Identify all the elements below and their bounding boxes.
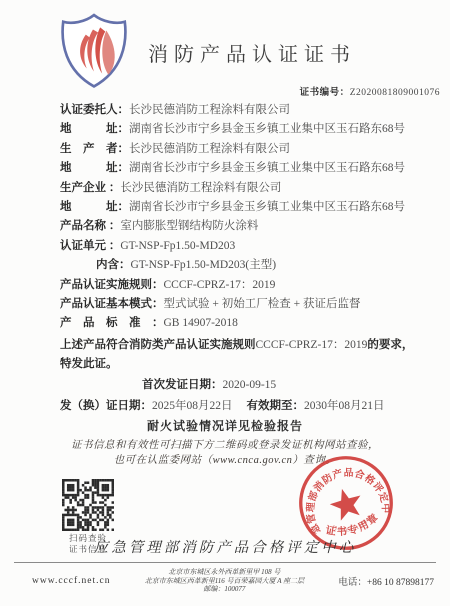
field-label: 认证单元 ：	[60, 240, 120, 252]
field-label: 生 产 者：	[60, 143, 129, 155]
field-row-applicant: 认证委托人：长沙民德消防工程涂料有限公司	[60, 101, 436, 120]
first-issue-label: 首次发证日期：	[142, 379, 223, 391]
issuer-name: 应急管理部消防产品合格评定中心	[0, 536, 450, 557]
field-value: 长沙民德消防工程涂料有限公司	[129, 143, 290, 155]
field-row-producer: 生 产 者：长沙民德消防工程涂料有限公司	[60, 140, 436, 159]
field-row-product-standard: 产 品 标 准 ：GB 14907-2018	[60, 314, 436, 333]
footer-postcode: 邮编：100077	[145, 585, 304, 594]
valid-until-value: 2030年08月21日	[304, 400, 385, 412]
shield-flame-icon	[58, 12, 130, 90]
conformity-statement: 上述产品符合消防类产品认证实施规则CCCF-CPRZ-17：2019的要求，特发…	[60, 336, 420, 374]
footer-website: www.cccf.net.cn	[14, 576, 110, 586]
field-label: 生产企业 ：	[60, 182, 120, 194]
field-label: 地 址：	[60, 201, 129, 213]
field-value: 湖南省长沙市宁乡县金玉乡镇工业集中区玉石路东68号	[129, 201, 405, 213]
field-row-address: 地 址：湖南省长沙市宁乡县金玉乡镇工业集中区玉石路东68号	[60, 198, 436, 217]
valid-until-label: 有效期至：	[247, 400, 305, 412]
field-row-cert-unit: 认证单元 ：GT-NSP-Fp1.50-MD203	[60, 237, 436, 256]
field-label: 地 址：	[60, 162, 129, 174]
field-label: 产 品 标 准 ：	[60, 317, 164, 329]
field-value: GT-NSP-Fp1.50-MD203	[120, 240, 235, 252]
seal-star-icon	[327, 484, 366, 522]
field-row-included-model: 内含：GT-NSP-Fp1.50-MD203(主型)	[60, 256, 436, 275]
field-value: 湖南省长沙市宁乡县金玉乡镇工业集中区玉石路东68号	[129, 123, 405, 135]
field-label: 内含：	[96, 259, 131, 271]
field-row-address: 地 址：湖南省长沙市宁乡县金玉乡镇工业集中区玉石路东68号	[60, 159, 436, 178]
footer-address-line2: 北京市东城区西革新里116 号百荣嘉园大厦 A 座二层	[145, 577, 304, 586]
qr-code	[62, 479, 114, 531]
field-value: GT-NSP-Fp1.50-MD203(主型)	[131, 259, 277, 271]
field-value: 型式试验 + 初始工厂检查 + 获证后监督	[164, 298, 361, 310]
footer-address: 北京市东城区永外西革新里甲 108 号 北京市东城区西革新里116 号百荣嘉园大…	[145, 568, 304, 594]
field-label: 认证委托人：	[60, 104, 129, 116]
field-value: 湖南省长沙市宁乡县金玉乡镇工业集中区玉石路东68号	[129, 162, 405, 174]
reissue-label: 发（换）证日期：	[60, 400, 152, 412]
first-issue-date-row: 首次发证日期：2020-09-15	[142, 376, 276, 392]
first-issue-value: 2020-09-15	[223, 379, 277, 391]
field-value: GB 14907-2018	[164, 317, 238, 329]
certificate-page: 消防产品认证证书 证书编号：Z2020081809001076 认证委托人：长沙…	[0, 0, 450, 606]
field-row-cert-rule: 产品认证实施规则：CCCF-CPRZ-17：2019	[60, 276, 436, 295]
field-value: 长沙民德消防工程涂料有限公司	[120, 182, 281, 194]
certificate-number: 证书编号：Z2020081809001076	[300, 84, 440, 98]
certificate-number-label: 证书编号：	[300, 88, 350, 98]
field-value: 长沙民德消防工程涂料有限公司	[129, 104, 290, 116]
field-row-address: 地 址：湖南省长沙市宁乡县金玉乡镇工业集中区玉石路东68号	[60, 120, 436, 139]
reissue-value: 2025年08月22日	[152, 400, 233, 412]
field-label: 产品认证基本模式：	[60, 298, 164, 310]
reissue-date-row: 发（换）证日期：2025年08月22日有效期至：2030年08月21日	[60, 397, 436, 413]
footer-address-line1: 北京市东城区永外西革新里甲 108 号	[145, 568, 304, 577]
field-value: CCCF-CPRZ-17：2019	[164, 279, 276, 291]
certificate-fields: 认证委托人：长沙民德消防工程涂料有限公司 地 址：湖南省长沙市宁乡县金玉乡镇工业…	[60, 101, 436, 334]
statement-rule-code: CCCF-CPRZ-17：2019	[256, 339, 368, 351]
field-row-product-name: 产品名称 ：室内膨胀型钢结构防火涂料	[60, 217, 436, 236]
statement-prefix: 上述产品符合消防类产品认证实施规则	[60, 339, 256, 351]
field-row-manufacturer: 生产企业 ：长沙民德消防工程涂料有限公司	[60, 179, 436, 198]
field-label: 地 址：	[60, 123, 129, 135]
fire-shield-logo	[58, 12, 130, 90]
footer-phone: 电话：+86 10 87898177	[338, 574, 436, 588]
field-row-cert-mode: 产品认证基本模式：型式试验 + 初始工厂检查 + 获证后监督	[60, 295, 436, 314]
footer: www.cccf.net.cn 北京市东城区永外西革新里甲 108 号 北京市东…	[14, 562, 436, 594]
certificate-number-value: Z2020081809001076	[350, 88, 440, 98]
field-value: 室内膨胀型钢结构防火涂料	[120, 220, 258, 232]
field-label: 产品认证实施规则：	[60, 279, 164, 291]
page-title: 消防产品认证证书	[148, 38, 356, 67]
field-label: 产品名称 ：	[60, 220, 120, 232]
